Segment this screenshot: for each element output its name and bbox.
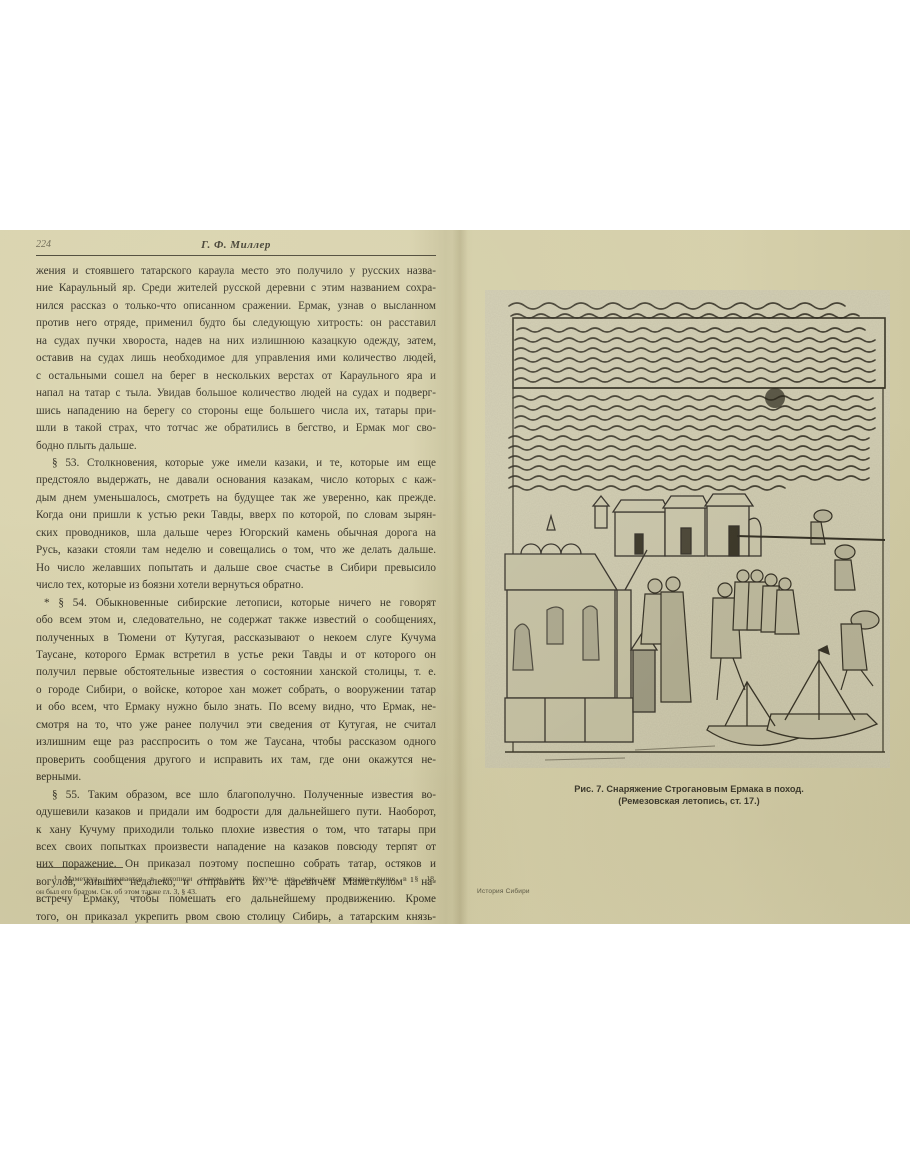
paragraph-continuation: жения и стоявшего татарского караула мес… — [36, 263, 436, 455]
text-line: с остальными сошел на берег в нескольких… — [36, 368, 436, 385]
running-head: 224 Г. Ф. Миллер — [36, 239, 436, 253]
text-line: смотря на то, что уже ранее получил эти … — [36, 717, 436, 734]
text-line: проверить сообщения другого и исправить … — [36, 752, 436, 769]
text-line: предстояло выдержать, не давали основани… — [36, 472, 436, 489]
text-line: Русь, казаки стояли там неделю и совещал… — [36, 542, 436, 559]
text-line: и обо всем, что Ермаку нужно было знать.… — [36, 699, 436, 716]
text-line: ских проводников, шла дальше через Югорс… — [36, 525, 436, 542]
footnote-line: он был его братом. См. об этом также гл.… — [36, 886, 436, 899]
paragraph-53: § 53. Столкновения, которые уже имели ка… — [36, 455, 436, 595]
text-line: напал на татар с тыла. Увидав большое ко… — [36, 385, 436, 402]
text-line: одушевили казаков и придали им бодрости … — [36, 804, 436, 821]
text-line: ние Караульный яр. Среди жителей русской… — [36, 280, 436, 297]
left-page: 224 Г. Ф. Миллер жения и стоявшего татар… — [0, 230, 460, 924]
paragraph-55: § 55. Таким образом, все шло благополучн… — [36, 787, 436, 924]
text-line: обо всем этом и, следовательно, не содер… — [36, 612, 436, 629]
text-line: дым днем уменьшалось, смотреть на будуще… — [36, 490, 436, 507]
signature-mark: История Сибири — [477, 888, 530, 895]
text-line: о городе Сибири, о войске, которое хан м… — [36, 682, 436, 699]
text-line: число тех, которые из боязни хотели верн… — [36, 577, 436, 594]
text-line: на судах пучки хвороста, надев на них из… — [36, 333, 436, 350]
text-line: § 55. Таким образом, все шло благополучн… — [36, 787, 436, 804]
text-line: излишним еще раз расспросить о том же Та… — [36, 734, 436, 751]
text-line: получил первые обстоятельные известия о … — [36, 664, 436, 681]
text-line: бодно плыть дальше. — [36, 438, 436, 455]
text-line: полученных в Тюмени от Кутугая, рассказы… — [36, 630, 436, 647]
footnote-line: ¹ Маметкул называется в летописи сыном х… — [36, 873, 436, 886]
text-line: Таусане, которого Ермак встретил в устье… — [36, 647, 436, 664]
text-line: того, он приказал укрепить рвом свою сто… — [36, 909, 436, 924]
text-line: них поражение. Он приказал поэтому поспе… — [36, 856, 436, 873]
text-line: нился рассказ о только-что описанном сра… — [36, 298, 436, 315]
text-line: шли в такой страх, что тотчас же обратил… — [36, 420, 436, 437]
text-line: жения и стоявшего татарского караула мес… — [36, 263, 436, 280]
book-spread: 224 Г. Ф. Миллер жения и стоявшего татар… — [0, 230, 910, 924]
caption-title: Рис. 7. Снаряжение Строгановым Ермака в … — [468, 783, 910, 795]
text-line: § 53. Столкновения, которые уже имели ка… — [36, 455, 436, 472]
running-head-title: Г. Ф. Миллер — [36, 239, 436, 251]
text-line: верными. — [36, 769, 436, 786]
figure-caption: Рис. 7. Снаряжение Строгановым Ермака в … — [468, 783, 910, 807]
text-line: * § 54. Обыкновенные сибирские летописи,… — [36, 595, 436, 612]
footnote-rule — [37, 867, 123, 868]
paragraph-54: * § 54. Обыкновенные сибирские летописи,… — [36, 595, 436, 787]
text-line: всех своих попытках произвести нападение… — [36, 839, 436, 856]
text-line: оставив на судах лишь необходимое для уп… — [36, 350, 436, 367]
body-text: жения и стоявшего татарского караула мес… — [36, 263, 436, 924]
figure-illustration — [485, 290, 890, 768]
header-rule — [36, 255, 436, 256]
footnote: ¹ Маметкул называется в летописи сыном х… — [36, 873, 436, 898]
text-line: против него отряде, применил будто бы сл… — [36, 315, 436, 332]
caption-source: (Ремезовская летопись, ст. 17.) — [468, 795, 910, 807]
text-line: Но число желавших попытать и дальше свое… — [36, 560, 436, 577]
text-line: Когда они пришли к устью реки Тавды, вве… — [36, 507, 436, 524]
text-line: шись нападению на берегу со стороны еще … — [36, 403, 436, 420]
right-page: Рис. 7. Снаряжение Строгановым Ермака в … — [468, 230, 910, 924]
manuscript-drawing-image — [485, 290, 890, 768]
text-line: к хану Кучуму приходили только плохие из… — [36, 822, 436, 839]
